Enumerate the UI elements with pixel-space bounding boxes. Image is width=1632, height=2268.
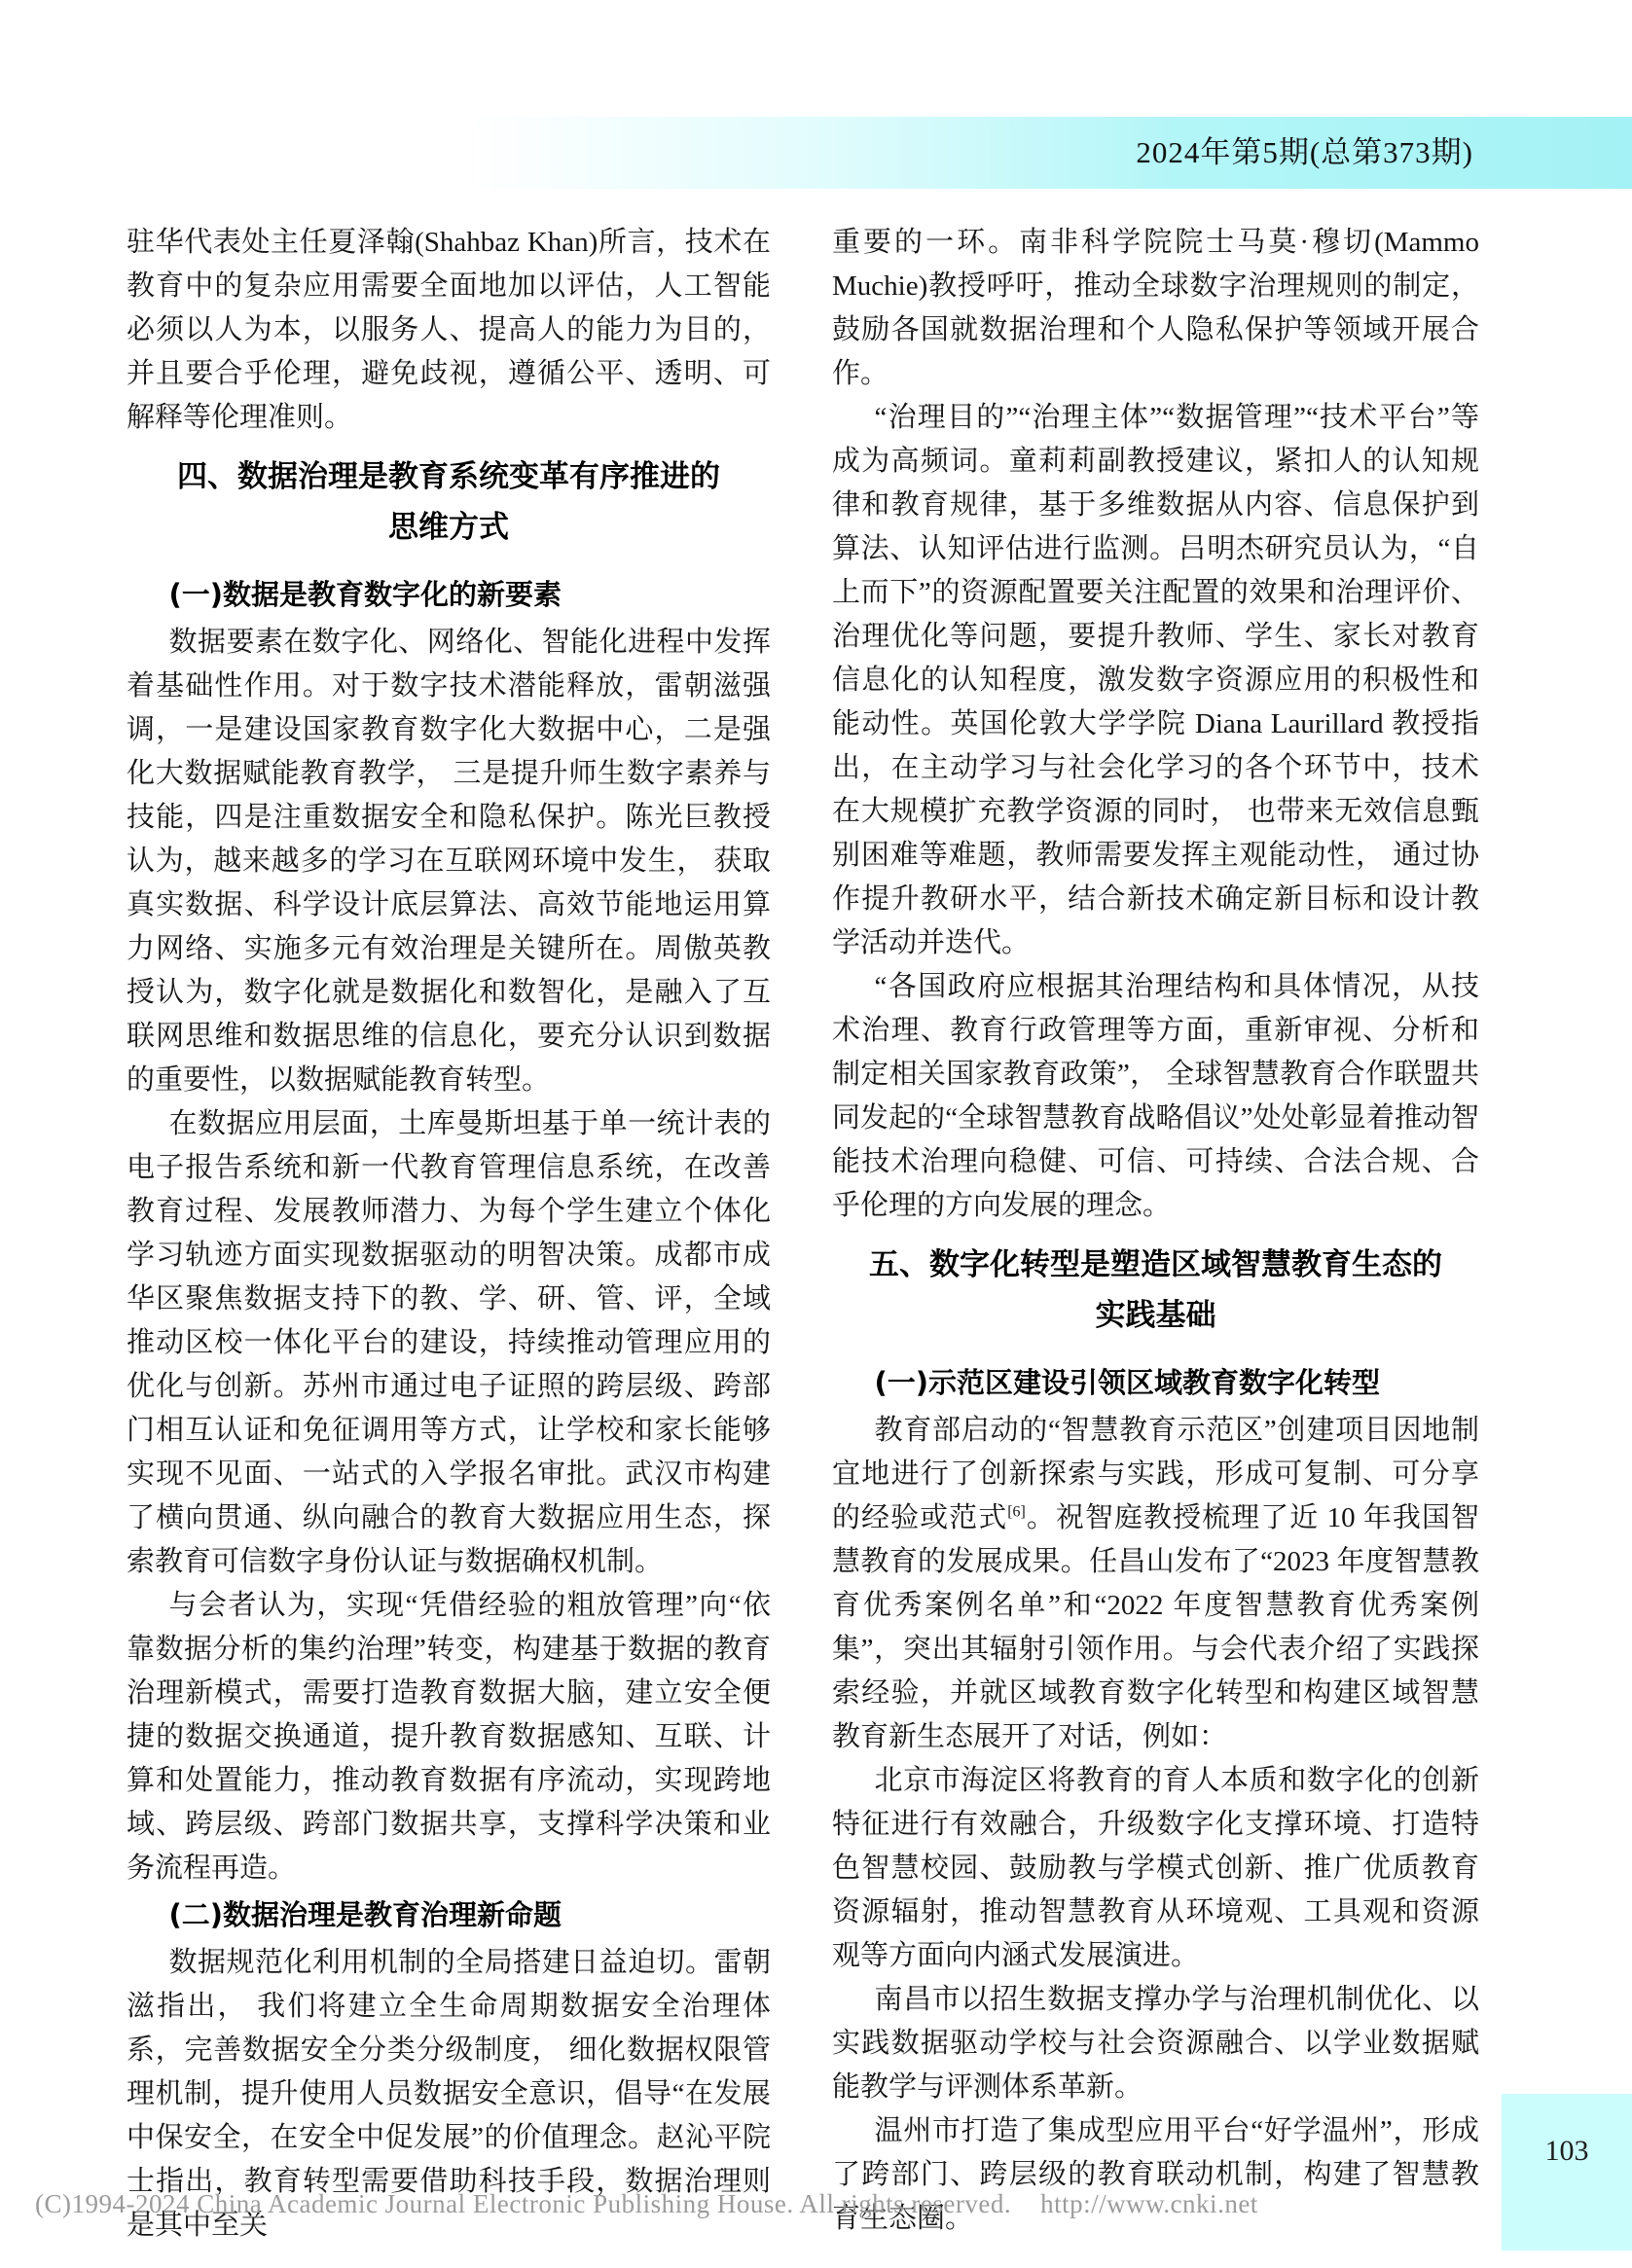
paragraph-text: 。祝智庭教授梳理了近 10 年我国智慧教育的发展成果。任昌山发布了“2023 年… xyxy=(832,1502,1479,1752)
journal-issue-info: 2024年第5期(总第373期) xyxy=(1136,117,1473,189)
footnote-marker: [6] xyxy=(1007,1503,1026,1520)
paragraph: 北京市海淀区将教育的育人本质和数字化的创新特征进行有效融合，升级数字化支撑环境、… xyxy=(832,1759,1479,1978)
paragraph-with-footnote: 教育部启动的“智慧教育示范区”创建项目因地制宜地进行了创新探索与实践，形成可复制… xyxy=(832,1409,1479,1759)
section-heading-4-line1: 四、数据治理是教育系统变革有序推进的 xyxy=(177,459,720,494)
paragraph: 与会者认为，实现“凭借经验的粗放管理”向“依靠数据分析的集约治理”转变，构建基于… xyxy=(127,1584,771,1890)
section-heading-5-line1: 五、数字化转型是塑造区域智慧教育生态的 xyxy=(869,1247,1442,1282)
header-gradient-bar: 2024年第5期(总第373期) xyxy=(0,117,1632,189)
journal-scan-page: 2024年第5期(总第373期) 驻华代表处主任夏泽翰(Shahbaz Khan… xyxy=(0,0,1632,2268)
paragraph: “各国政府应根据其治理结构和具体情况，从技术治理、教育行政管理等方面，重新审视、… xyxy=(832,965,1479,1228)
page-number-box: 103 xyxy=(1502,2094,1632,2250)
paragraph: 南昌市以招生数据支撑办学与治理机制优化、以实践数据驱动学校与社会资源融合、以学业… xyxy=(832,1978,1479,2109)
paragraph-continued: 驻华代表处主任夏泽翰(Shahbaz Khan)所言，技术在教育中的复杂应用需要… xyxy=(127,221,771,440)
section-heading-5-line2: 实践基础 xyxy=(1096,1298,1216,1333)
paragraph: 数据要素在数字化、网络化、智能化进程中发挥着基础性作用。对于数字技术潜能释放，雷… xyxy=(127,621,771,1102)
copyright-text: (C)1994-2024 China Academic Journal Elec… xyxy=(35,2189,1011,2218)
copyright-footer: (C)1994-2024 China Academic Journal Elec… xyxy=(35,2187,1258,2220)
section-heading-5: 五、数字化转型是塑造区域智慧教育生态的 实践基础 xyxy=(832,1240,1479,1341)
subsection-heading-5-1: (一)示范区建设引领区域教育数字化转型 xyxy=(832,1360,1479,1405)
paragraph-continued: 重要的一环。南非科学院院士马莫·穆切(Mammo Muchie)教授呼吁，推动全… xyxy=(832,221,1479,396)
right-column: 重要的一环。南非科学院院士马莫·穆切(Mammo Muchie)教授呼吁，推动全… xyxy=(832,221,1479,2241)
left-column: 驻华代表处主任夏泽翰(Shahbaz Khan)所言，技术在教育中的复杂应用需要… xyxy=(127,221,771,2248)
paragraph: “治理目的”“治理主体”“数据管理”“技术平台”等成为高频词。童莉莉副教授建议，… xyxy=(832,396,1479,965)
paragraph: 温州市打造了集成型应用平台“好学温州”，形成了跨部门、跨层级的教育联动机制，构建… xyxy=(832,2109,1479,2241)
section-heading-4: 四、数据治理是教育系统变革有序推进的 思维方式 xyxy=(127,451,771,553)
cnki-url-text: http://www.cnki.net xyxy=(1040,2189,1258,2218)
subsection-heading-4-1: (一)数据是教育数字化的新要素 xyxy=(127,572,771,617)
section-heading-4-line2: 思维方式 xyxy=(388,510,509,545)
paragraph: 在数据应用层面，土库曼斯坦基于单一统计表的电子报告系统和新一代教育管理信息系统，… xyxy=(127,1102,771,1584)
subsection-heading-4-2: (二)数据治理是教育治理新命题 xyxy=(127,1892,771,1937)
page-number: 103 xyxy=(1502,2135,1632,2168)
